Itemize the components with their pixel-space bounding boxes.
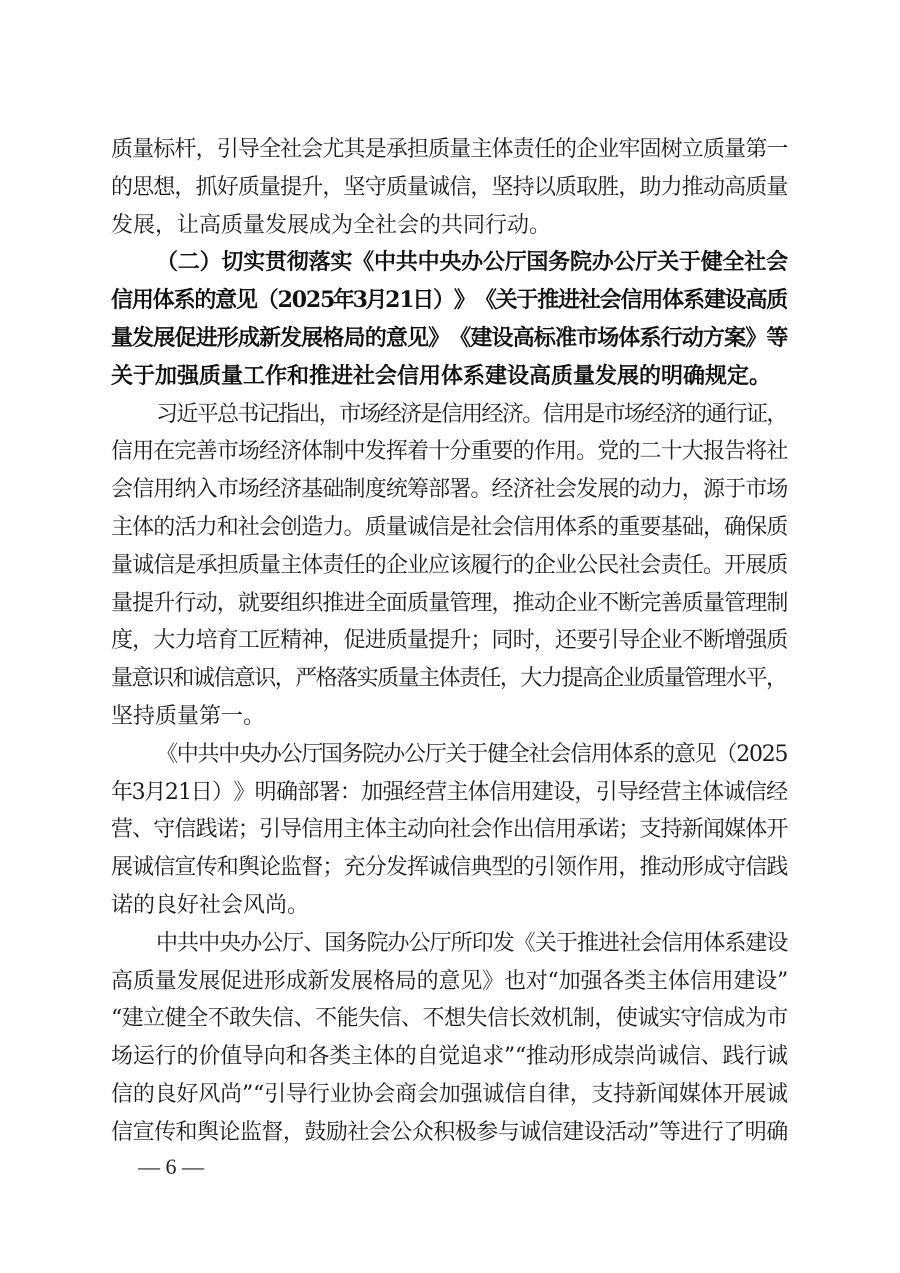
paragraph-line: 度，大力培育工匠精神，促进质量提升；同时，还要引导企业不断增强质 bbox=[111, 622, 788, 660]
paragraph-line: 《中共中央办公厅 国务院办公厅关于健全社会信用体系的意见（2025 bbox=[111, 736, 788, 774]
paragraph-line: 质量标杆，引导全社会尤其是承担质量主体责任的企业牢固树立质量第一 bbox=[111, 131, 788, 169]
paragraph-line: 会信用纳入市场经济基础制度统筹部署。经济社会发展的动力，源于市场 bbox=[111, 471, 788, 509]
paragraph-line: 量意识和诚信意识，严格落实质量主体责任，大力提高企业质量管理水平， bbox=[111, 660, 788, 698]
paragraph-line: 量提升行动，就要组织推进全面质量管理，推动企业不断完善质量管理制 bbox=[111, 585, 788, 623]
section-heading-line: 关于加强质量工作和推进社会信用体系建设高质量发展的明确规定。 bbox=[111, 358, 788, 396]
document-body: 质量标杆，引导全社会尤其是承担质量主体责任的企业牢固树立质量第一的思想，抓好质量… bbox=[111, 131, 788, 1152]
paragraph-line: 量诚信是承担质量主体责任的企业应该履行的企业公民社会责任。开展质 bbox=[111, 547, 788, 585]
page-number: — 6 — bbox=[138, 1154, 204, 1180]
paragraph-line: “建立健全不敢失信、不能失信、不想失信长效机制，使诚实守信成为市 bbox=[111, 1000, 788, 1038]
paragraph-line: 场运行的价值导向和各类主体的自觉追求”“推动形成崇尚诚信、践行诚 bbox=[111, 1038, 788, 1076]
paragraph-line: 的思想，抓好质量提升，坚守质量诚信，坚持以质取胜，助力推动高质量 bbox=[111, 169, 788, 207]
section-heading-line: 量发展促进形成新发展格局的意见》《建设高标准市场体系行动方案》等 bbox=[111, 320, 788, 358]
paragraph-line: 习近平总书记指出，市场经济是信用经济。信用是市场经济的通行证， bbox=[111, 396, 788, 434]
paragraph-line: 信的良好风尚”“引导行业协会商会加强诚信自律，支持新闻媒体开展诚 bbox=[111, 1076, 788, 1114]
section-heading-line: 信用体系的意见（2025 年 3 月 21 日）》《关于推进社会信用体系建设高质 bbox=[111, 282, 788, 320]
paragraph-line: 展诚信宣传和舆论监督；充分发挥诚信典型的引领作用，推动形成守信践 bbox=[111, 849, 788, 887]
paragraph-line: 营、守信践诺；引导信用主体主动向社会作出信用承诺；支持新闻媒体开 bbox=[111, 811, 788, 849]
paragraph-line: 诺的良好社会风尚。 bbox=[111, 887, 788, 925]
paragraph-line: 坚持质量第一。 bbox=[111, 698, 788, 736]
paragraph-line: 主体的活力和社会创造力。质量诚信是社会信用体系的重要基础，确保质 bbox=[111, 509, 788, 547]
paragraph-line: 年 3 月 21 日）》明确部署：加强经营主体信用建设，引导经营主体诚信经 bbox=[111, 774, 788, 812]
paragraph-line: 信用在完善市场经济体制中发挥着十分重要的作用。党的二十大报告将社 bbox=[111, 433, 788, 471]
section-heading-line: （二）切实贯彻落实《中共中央办公厅 国务院办公厅关于健全社会 bbox=[111, 244, 788, 282]
paragraph-line: 发展，让高质量发展成为全社会的共同行动。 bbox=[111, 207, 788, 245]
paragraph-line: 信宣传和舆论监督，鼓励社会公众积极参与诚信建设活动”等进行了明确 bbox=[111, 1114, 788, 1152]
paragraph-line: 中共中央办公厅、国务院办公厅所印发《关于推进社会信用体系建设 bbox=[111, 925, 788, 963]
paragraph-line: 高质量发展 促进形成新发展格局的意见》也对 “加强各类主体信用建设” bbox=[111, 963, 788, 1001]
document-page: 质量标杆，引导全社会尤其是承担质量主体责任的企业牢固树立质量第一的思想，抓好质量… bbox=[0, 0, 900, 1273]
